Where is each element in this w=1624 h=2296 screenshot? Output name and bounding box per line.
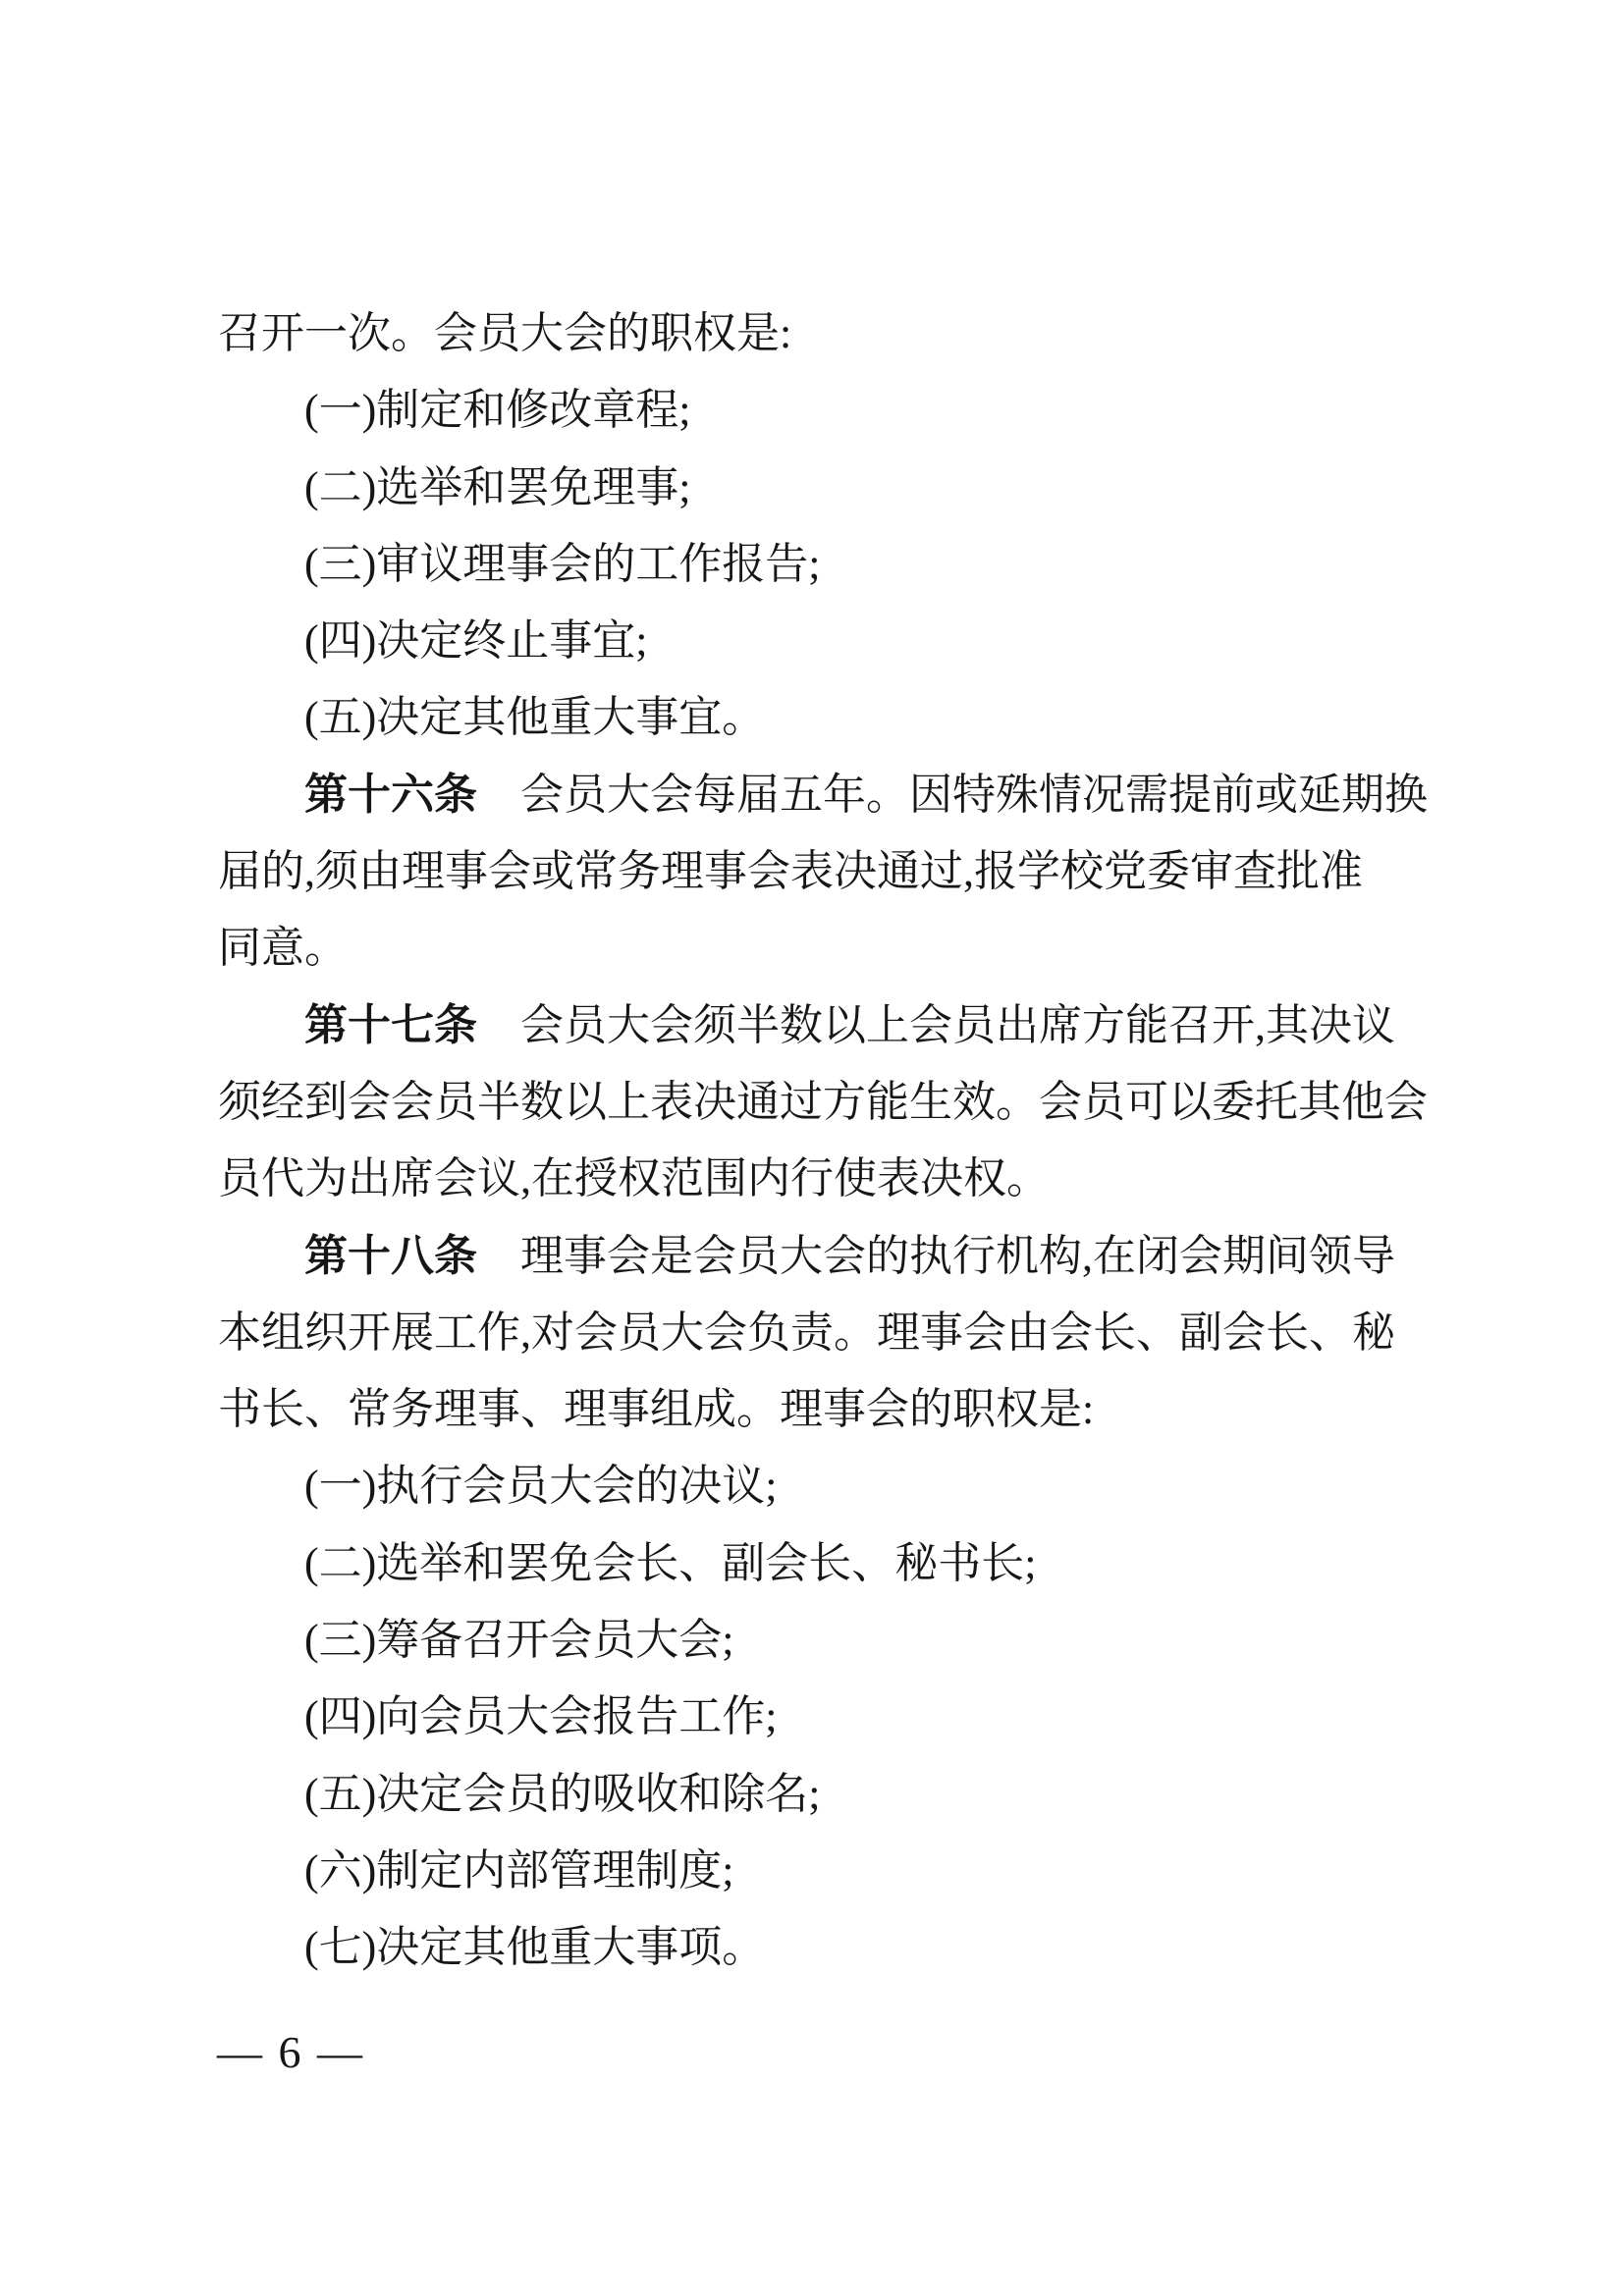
text-line: 须经到会会员半数以上表决通过方能生效。会员可以委托其他会 xyxy=(218,1064,1435,1141)
text-line: 届的,须由理事会或常务理事会表决通过,报学校党委审查批准 xyxy=(218,833,1435,910)
text-line: 书长、常务理事、理事组成。理事会的职权是: xyxy=(218,1371,1435,1448)
text-line: (三)筹备召开会员大会; xyxy=(218,1602,1435,1679)
text-line: 员代为出席会议,在授权范围内行使表决权。 xyxy=(218,1141,1435,1217)
line-text: 召开一次。会员大会的职权是: xyxy=(218,309,791,357)
line-text: 理事会是会员大会的执行机构,在闭会期间领导 xyxy=(520,1232,1395,1280)
text-line: (一)执行会员大会的决议; xyxy=(218,1448,1435,1524)
line-text: 会员大会每届五年。因特殊情况需提前或延期换 xyxy=(520,771,1428,819)
article-number: 第十七条 xyxy=(304,1001,477,1049)
text-line: (五)决定会员的吸收和除名; xyxy=(218,1756,1435,1833)
text-line: 第十七条会员大会须半数以上会员出席方能召开,其决议 xyxy=(218,988,1435,1064)
line-text: (二)选举和罢免会长、副会长、秘书长; xyxy=(304,1539,1037,1587)
document-page: 召开一次。会员大会的职权是:(一)制定和修改章程;(二)选举和罢免理事;(三)审… xyxy=(0,0,1624,2296)
text-line: (四)决定终止事宜; xyxy=(218,603,1435,679)
line-text: 同意。 xyxy=(218,924,348,972)
text-line: (二)选举和罢免理事; xyxy=(218,450,1435,526)
text-line: (六)制定内部管理制度; xyxy=(218,1833,1435,1909)
line-text: (五)决定其他重大事宜。 xyxy=(304,693,765,741)
text-line: (一)制定和修改章程; xyxy=(218,372,1435,449)
footer-page-number: — 6 — xyxy=(217,2030,362,2075)
text-line: 第十六条会员大会每届五年。因特殊情况需提前或延期换 xyxy=(218,757,1435,833)
line-text: (七)决定其他重大事项。 xyxy=(304,1923,765,1971)
text-line: (五)决定其他重大事宜。 xyxy=(218,679,1435,756)
line-text: (二)选举和罢免理事; xyxy=(304,463,691,511)
line-text: (四)决定终止事宜; xyxy=(304,616,648,665)
article-number: 第十八条 xyxy=(304,1232,477,1280)
line-text: 本组织开展工作,对会员大会负责。理事会由会长、副会长、秘 xyxy=(218,1308,1395,1357)
line-text: (三)筹备召开会员大会; xyxy=(304,1616,734,1664)
text-line: 本组织开展工作,对会员大会负责。理事会由会长、副会长、秘 xyxy=(218,1295,1435,1371)
line-text: 书长、常务理事、理事组成。理事会的职权是: xyxy=(218,1385,1094,1433)
line-text: (一)执行会员大会的决议; xyxy=(304,1462,778,1510)
text-line: (三)审议理事会的工作报告; xyxy=(218,526,1435,603)
text-line: 召开一次。会员大会的职权是: xyxy=(218,295,1435,372)
line-text: 会员大会须半数以上会员出席方能召开,其决议 xyxy=(520,1001,1395,1049)
line-text: (四)向会员大会报告工作; xyxy=(304,1692,778,1740)
line-text: 须经到会会员半数以上表决通过方能生效。会员可以委托其他会 xyxy=(218,1078,1428,1126)
text-block: 召开一次。会员大会的职权是:(一)制定和修改章程;(二)选举和罢免理事;(三)审… xyxy=(218,295,1435,1987)
line-text: (三)审议理事会的工作报告; xyxy=(304,540,821,588)
line-text: 届的,须由理事会或常务理事会表决通过,报学校党委审查批准 xyxy=(218,847,1363,895)
text-line: (七)决定其他重大事项。 xyxy=(218,1909,1435,1986)
text-line: (四)向会员大会报告工作; xyxy=(218,1679,1435,1755)
text-line: 第十八条理事会是会员大会的执行机构,在闭会期间领导 xyxy=(218,1218,1435,1295)
line-text: (一)制定和修改章程; xyxy=(304,386,691,434)
article-number: 第十六条 xyxy=(304,771,477,819)
text-line: (二)选举和罢免会长、副会长、秘书长; xyxy=(218,1525,1435,1602)
line-text: (五)决定会员的吸收和除名; xyxy=(304,1770,821,1818)
line-text: (六)制定内部管理制度; xyxy=(304,1846,734,1895)
line-text: 员代为出席会议,在授权范围内行使表决权。 xyxy=(218,1154,1050,1202)
text-line: 同意。 xyxy=(218,910,1435,987)
